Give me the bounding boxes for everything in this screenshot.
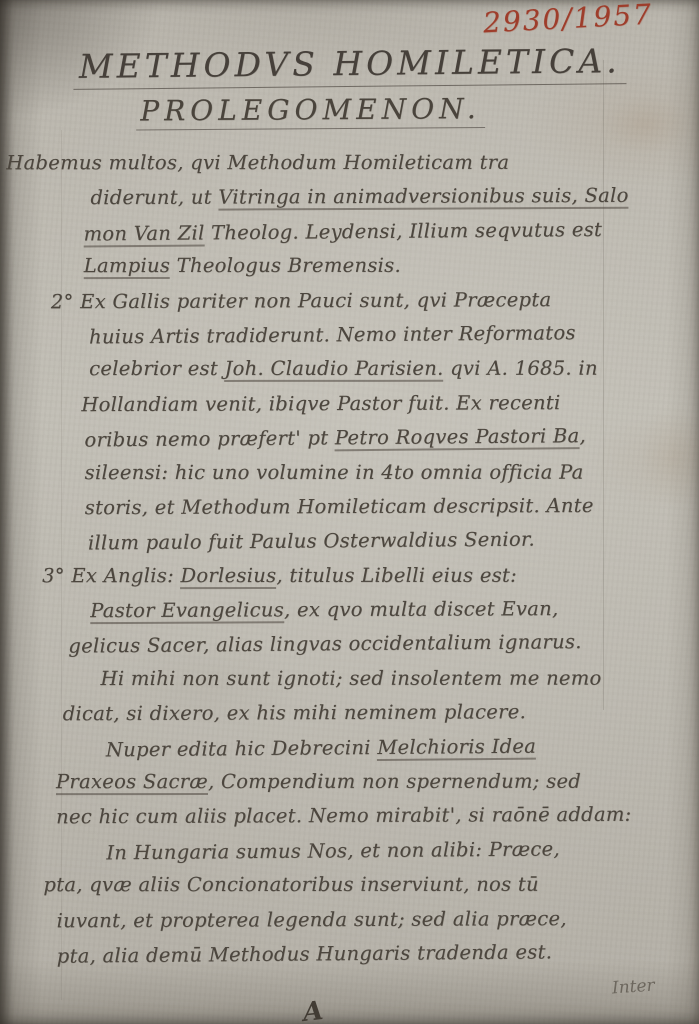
manuscript-line: pta, qvæ aliis Concionatoribus inserviun… — [43, 868, 699, 903]
text-segment: 2° Ex Gallis pariter non Pauci sunt, qvi… — [51, 288, 552, 313]
manuscript-line: mon Van Zil Theolog. Leydensi, Illium se… — [83, 212, 697, 252]
text-segment: Hollandiam venit, ibiqve Pastor fuit. Ex… — [81, 391, 560, 416]
manuscript-line: iuvant, et propterea legenda sunt; sed a… — [57, 901, 699, 938]
manuscript-line: oribus nemo præfert' pt Petro Roqves Pas… — [84, 418, 698, 458]
manuscript-line: pta, alia demū Methodus Hungaris tradend… — [57, 934, 699, 974]
manuscript-line: Nuper edita hic Debrecini Melchioris Ide… — [106, 728, 699, 768]
manuscript-line: dicat, si dixero, ex his mihi neminem pl… — [63, 695, 699, 732]
text-segment: oribus nemo præfert' pt — [84, 426, 335, 451]
manuscript-text: Habemus multos, qvi Methodum Homileticam… — [0, 144, 699, 972]
underlined-phrase: Praxeos Sacræ — [56, 770, 208, 795]
text-segment: storis, et Methodum Homileticam descrips… — [85, 494, 594, 519]
manuscript-line: Praxeos Sacræ, Compendium non spernendum… — [56, 765, 699, 800]
text-segment: dicat, si dixero, ex his mihi neminem pl… — [63, 700, 527, 725]
page-header: METHODVS HOMILETICA. — [0, 0, 699, 91]
text-segment: Theolog. Leydensi, Illium seqvutus est — [204, 218, 602, 244]
text-segment: Nuper edita hic Debrecini — [106, 736, 378, 761]
underlined-phrase: Petro Roqves Pastori Ba — [335, 424, 580, 451]
text-segment: illum paulo fuit Paulus Osterwaldius Sen… — [88, 528, 535, 555]
underlined-phrase: Joh. Claudio Parisien. — [224, 357, 443, 382]
manuscript-line: Hi mihi non sunt ignoti; sed insolentem … — [101, 661, 699, 696]
text-segment: gelicus Sacer, alias lingvas occidentali… — [68, 631, 582, 658]
manuscript-line: 3° Ex Anglis: Dorlesius, titulus Libelli… — [42, 558, 699, 593]
manuscript-line: nec hic cum aliis placet. Nemo mirabit',… — [56, 798, 699, 835]
manuscript-line: storis, et Methodum Homileticam descrips… — [85, 488, 699, 525]
text-segment: diderunt, ut — [90, 186, 218, 210]
underlined-phrase: Vitringa in animadversionibus suis, Salo — [218, 184, 628, 211]
manuscript-page: 2930/1957 METHODVS HOMILETICA. PROLEGOME… — [0, 0, 699, 1024]
manuscript-line: Pastor Evangelicus, ex qvo multa discet … — [90, 592, 699, 629]
catchword: Inter — [611, 976, 655, 999]
underlined-phrase: Lampius — [84, 254, 170, 279]
text-segment: Theologus Bremensis. — [170, 254, 401, 277]
manuscript-line: celebrior est Joh. Claudio Parisien. qvi… — [89, 352, 698, 387]
text-segment: celebrior est — [89, 357, 224, 380]
signature-mark: A — [301, 996, 324, 1024]
underlined-phrase: mon Van Zil — [83, 221, 204, 247]
page-subtitle: PROLEGOMENON. — [136, 92, 485, 130]
text-segment: 3° Ex Anglis: — [42, 564, 180, 587]
page-title: METHODVS HOMILETICA. — [73, 41, 627, 90]
text-segment: , ex qvo multa discet Evan, — [284, 597, 559, 621]
page-subtitle-row: PROLEGOMENON. — [0, 85, 699, 132]
text-segment: pta, alia demū Methodus Hungaris tradend… — [57, 940, 553, 967]
text-segment: qvi A. 1685. in — [444, 357, 598, 380]
manuscript-line: Lampius Theologus Bremensis. — [84, 249, 698, 284]
text-segment: , Compendium non spernendum; sed — [208, 770, 581, 793]
manuscript-line: Habemus multos, qvi Methodum Homileticam… — [6, 146, 697, 181]
manuscript-line: 2° Ex Gallis pariter non Pauci sunt, qvi… — [51, 282, 698, 319]
text-segment: , — [579, 424, 586, 447]
text-segment: , titulus Libelli eius est: — [276, 563, 517, 586]
manuscript-line: huius Artis tradiderunt. Nemo inter Refo… — [89, 315, 698, 355]
text-segment: pta, qvæ aliis Concionatoribus inserviun… — [43, 873, 538, 896]
manuscript-line: sileensi: hic uno volumine in 4to omnia … — [85, 455, 699, 490]
text-segment: Hi mihi non sunt ignoti; sed insolentem … — [101, 666, 602, 689]
text-segment: In Hungaria sumus Nos, et non alibi: Præ… — [106, 837, 560, 864]
text-segment: nec hic cum aliis placet. Nemo mirabit',… — [56, 803, 632, 829]
text-segment: huius Artis tradiderunt. Nemo inter Refo… — [89, 321, 576, 348]
manuscript-line: gelicus Sacer, alias lingvas occidentali… — [68, 625, 699, 665]
manuscript-line: Hollandiam venit, ibiqve Pastor fuit. Ex… — [81, 385, 698, 422]
manuscript-line: In Hungaria sumus Nos, et non alibi: Præ… — [106, 831, 699, 871]
text-segment: iuvant, et propterea legenda sunt; sed a… — [57, 907, 567, 932]
manuscript-line: illum paulo fuit Paulus Osterwaldius Sen… — [88, 521, 699, 561]
underlined-phrase: Pastor Evangelicus — [90, 598, 284, 624]
manuscript-line: diderunt, ut Vitringa in animadversionib… — [90, 179, 697, 216]
text-segment: sileensi: hic uno volumine in 4to omnia … — [85, 460, 584, 483]
underlined-phrase: Melchioris Idea — [377, 734, 536, 760]
text-segment: Habemus multos, qvi Methodum Homileticam… — [6, 151, 509, 174]
underlined-phrase: Dorlesius — [180, 564, 276, 589]
